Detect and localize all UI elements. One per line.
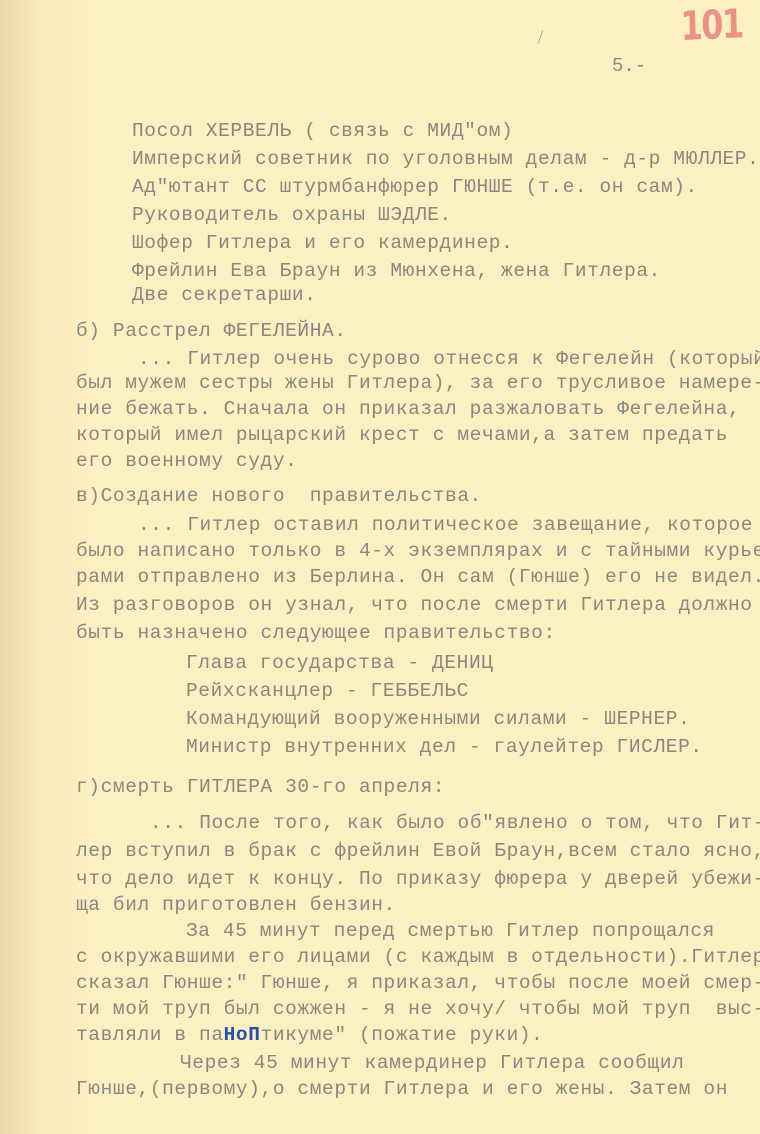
archive-page-stamp: 101 <box>680 1 743 50</box>
paragraph-line: Гюнше,(первому),о смерти Гитлера и его ж… <box>76 1078 728 1100</box>
paragraph-line-with-correction: тавляли в паНоПтикуме" (пожатие руки). <box>76 1024 543 1046</box>
staff-list-item: Фрейлин Ева Браун из Мюнхена, жена Гитле… <box>132 260 661 282</box>
government-list-item: Командующий вооруженными силами - ШЕРНЕР… <box>186 708 690 730</box>
paragraph-line: ... Гитлер оставил политическое завещани… <box>138 514 753 536</box>
staff-list-item: Имперский советник по уголовным делам - … <box>132 148 759 170</box>
handwritten-correction: НоП <box>224 1024 261 1046</box>
staff-list-item: Руководитель охраны ШЭДЛЕ. <box>132 204 452 226</box>
paragraph-line: лер вступил в брак с фрейлин Евой Браун,… <box>76 840 760 862</box>
section-heading-b: б) Расстрел ФЕГЕЛЕЙНА. <box>76 320 347 342</box>
paragraph-line: был мужем сестры жены Гитлера), за его т… <box>76 372 760 394</box>
section-heading-v: в)Создание нового правительства. <box>76 485 482 507</box>
staff-list-item: Ад"ютант СС штурмбанфюрер ГЮНШЕ (т.е. он… <box>132 176 698 198</box>
staff-list-item: Посол ХЕРВЕЛЬ ( связь с МИД"ом) <box>132 120 513 142</box>
government-list-item: Глава государства - ДЕНИЦ <box>186 652 494 674</box>
page-number: 5.- <box>612 55 646 77</box>
paragraph-line: ти мой труп был сожжен - я не хочу/ чтоб… <box>76 998 760 1020</box>
government-list-item: Рейхсканцлер - ГЕББЕЛЬС <box>186 680 469 702</box>
paragraph-line: ние бежать. Сначала он приказал разжалов… <box>76 398 740 420</box>
pen-mark <box>538 30 543 44</box>
paragraph-line: который имел рыцарский крест с мечами,а … <box>76 424 728 446</box>
text-segment: тавляли в па <box>76 1024 224 1046</box>
paragraph-line: ... После того, как было об"явлено о том… <box>150 812 760 834</box>
paragraph-line: что дело идет к концу. По приказу фюрера… <box>76 868 760 890</box>
text-segment: тикуме" (пожатие руки). <box>261 1024 544 1046</box>
paragraph-line: ща бил приготовлен бензин. <box>76 894 396 916</box>
government-list-item: Министр внутренних дел - гаулейтер ГИСЛЕ… <box>186 736 703 758</box>
paragraph-line: сказал Гюнше:" Гюнше, я приказал, чтобы … <box>76 972 760 994</box>
paragraph-line: Из разговоров он узнал, что после смерти… <box>76 594 753 616</box>
paragraph-line: Через 45 минут камердинер Гитлера сообщи… <box>180 1052 684 1074</box>
document-page: 101 5.- Посол ХЕРВЕЛЬ ( связь с МИД"ом) … <box>0 0 760 1134</box>
staff-list-item: Шофер Гитлера и его камердинер. <box>132 232 513 254</box>
paragraph-line: его военному суду. <box>76 450 297 472</box>
paragraph-line: За 45 минут перед смертью Гитлер попроща… <box>186 920 715 942</box>
paragraph-line: с окружавшими его лицами (с каждым в отд… <box>76 946 760 968</box>
paragraph-line: ... Гитлер очень сурово отнесся к Фегеле… <box>138 348 760 370</box>
paragraph-line: рами отправлено из Берлина. Он сам (Гюнш… <box>76 566 760 588</box>
paragraph-line: быть назначено следующее правительство: <box>76 622 556 644</box>
section-heading-g: г)смерть ГИТЛЕРА 30-го апреля: <box>76 776 445 798</box>
paragraph-line: было написано только в 4-х экземплярах и… <box>76 540 760 562</box>
staff-list-item: Две секретарши. <box>132 284 317 306</box>
